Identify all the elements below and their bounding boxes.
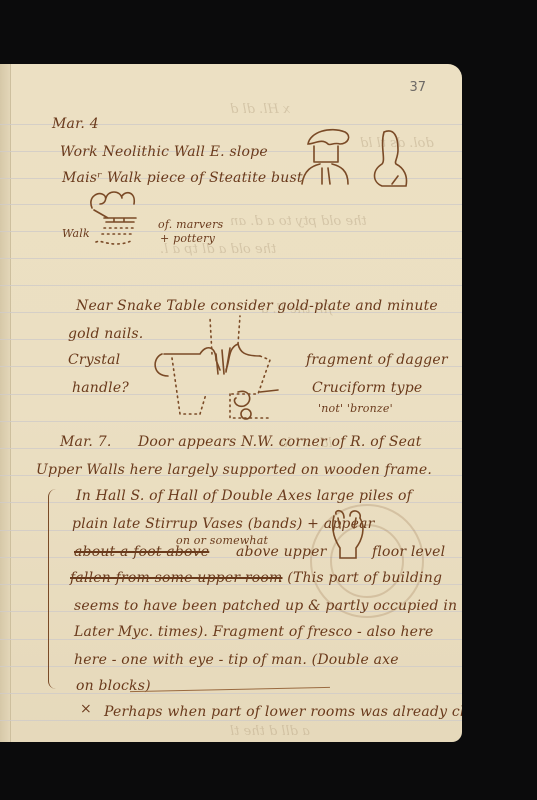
entry-line: Near Snake Table consider gold-plate and… bbox=[76, 298, 438, 314]
struck-text: fallen from some upper room bbox=[70, 570, 282, 586]
entry-line: above upper bbox=[236, 544, 327, 560]
footnote-mark: × bbox=[80, 701, 92, 717]
entry-line: Door appears N.W. corner of R. of Seat bbox=[138, 434, 422, 450]
sketch-label: fragment of dagger bbox=[306, 352, 448, 368]
entry-line: Upper Walls here largely supported on wo… bbox=[36, 462, 432, 478]
page-number: 37 bbox=[409, 80, 426, 95]
entry-line: Later Myc. times). Fragment of fresco - … bbox=[74, 624, 434, 640]
sketch-label: of. marvers bbox=[158, 218, 223, 231]
notebook-page: x Hl. dl d dol. ds tl ld the old pty to … bbox=[0, 64, 462, 742]
sketch-label: Cruciform type bbox=[312, 380, 422, 396]
entry-line: Maisʳ Walk piece of Steatite bust bbox=[62, 170, 303, 186]
entry-line: floor level bbox=[372, 544, 445, 560]
entry-line: seems to have been patched up & partly o… bbox=[74, 598, 457, 614]
sketch-label: handle? bbox=[72, 380, 129, 396]
entry-line: here - one with eye - tip of man. (Doubl… bbox=[74, 652, 399, 668]
entry-line: . (This part of building bbox=[278, 570, 442, 586]
entry-date: Mar. 4 bbox=[52, 116, 99, 132]
footnote: Perhaps when part of lower rooms was alr… bbox=[104, 704, 462, 720]
sketch-label: + pottery bbox=[160, 232, 215, 245]
entry-line: Work Neolithic Wall E. slope bbox=[60, 144, 268, 160]
bleed-through-text: the old pty to a d. an bbox=[230, 214, 367, 229]
entry-date: Mar. 7. bbox=[60, 434, 112, 450]
margin-bracket bbox=[48, 489, 59, 689]
steatite-bust-sketch bbox=[300, 124, 420, 194]
bleed-through-text: x Hl. dl d bbox=[230, 102, 290, 117]
sketch-label: Crystal bbox=[68, 352, 120, 368]
marvers-pottery-sketch bbox=[86, 188, 146, 248]
bleed-through-text: a dll d the tl bbox=[230, 724, 310, 739]
entry-line: In Hall S. of Hall of Double Axes large … bbox=[76, 488, 412, 504]
crystal-handle-sketch bbox=[150, 314, 290, 424]
separator-underline bbox=[130, 687, 330, 692]
struck-text: about a foot above bbox=[74, 544, 209, 560]
stirrup-vase-sketch bbox=[330, 508, 366, 564]
sketch-label: 'not' 'bronze' bbox=[318, 402, 393, 415]
entry-line: gold nails. bbox=[68, 326, 143, 342]
